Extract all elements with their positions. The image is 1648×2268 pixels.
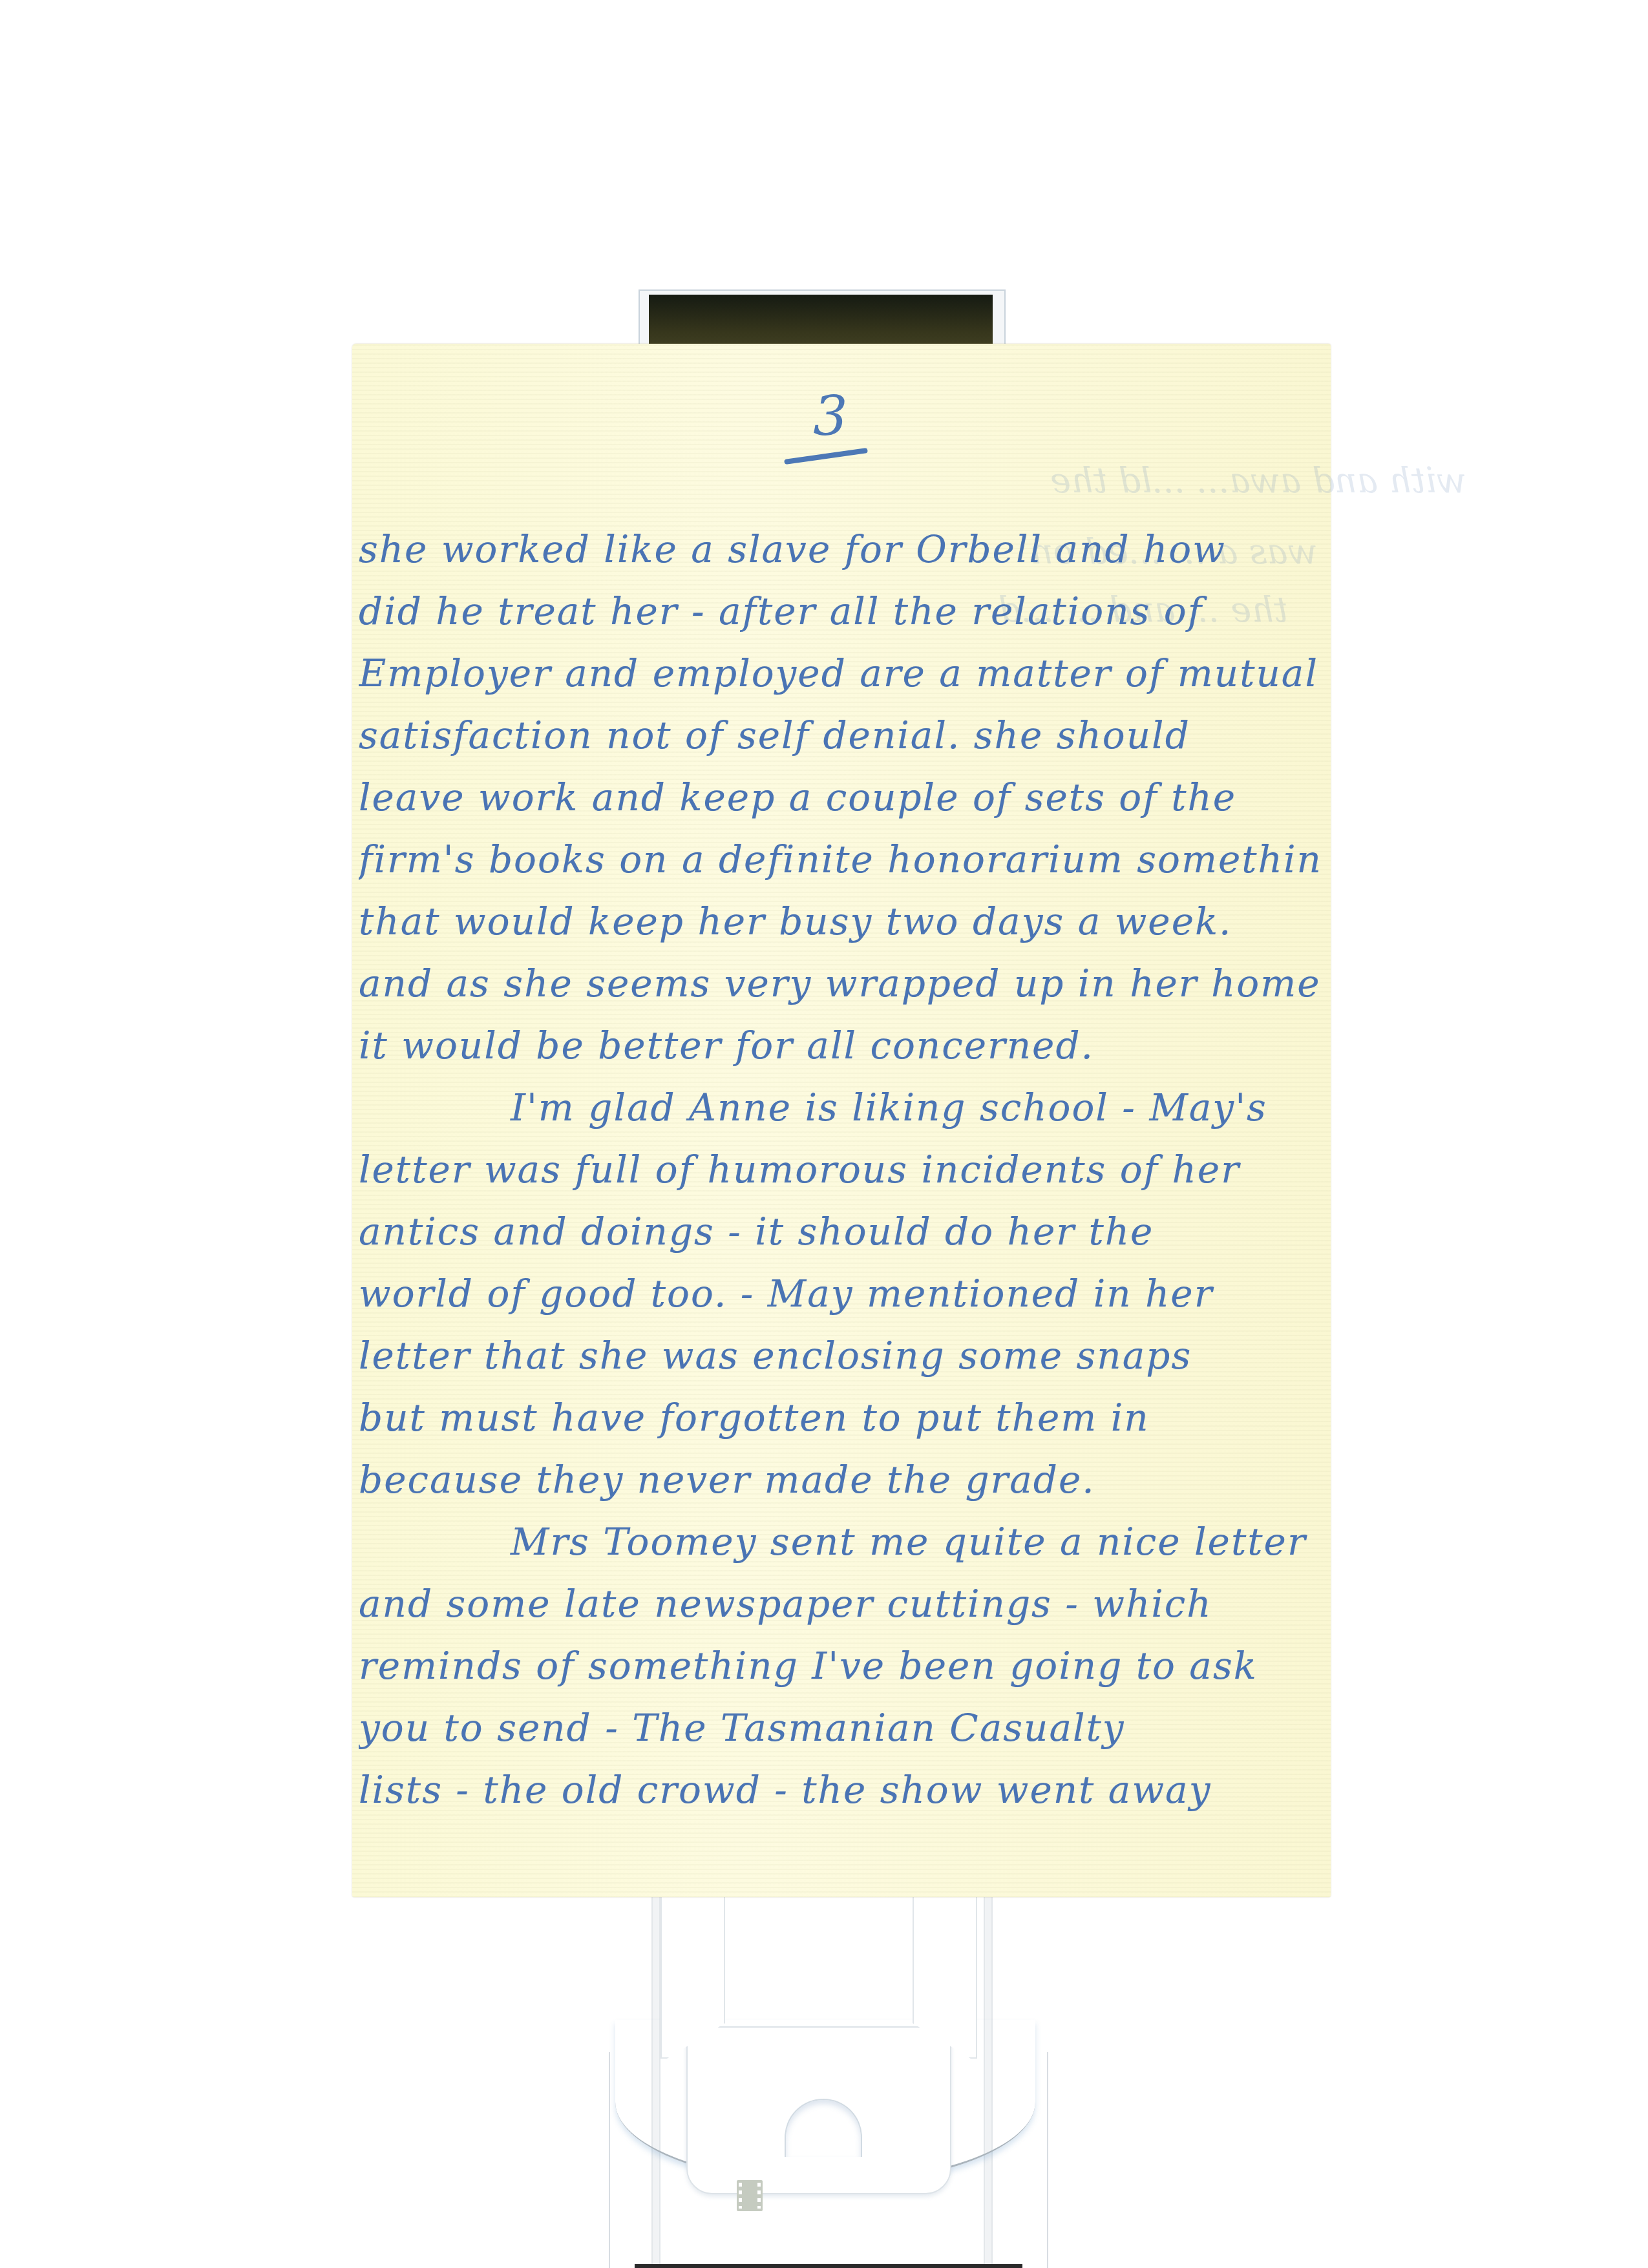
handwritten-line: letter that she was enclosing some snaps	[359, 1325, 1322, 1387]
handwritten-line: I'm glad Anne is liking school - May's	[359, 1076, 1322, 1139]
handwritten-line: because they never made the grade.	[359, 1449, 1322, 1511]
handwritten-line: reminds of something I've been going to …	[359, 1635, 1322, 1697]
handwritten-line: leave work and keep a couple of sets of …	[359, 766, 1322, 828]
handwritten-line: letter was full of humorous incidents of…	[359, 1139, 1322, 1201]
page-number: 3	[792, 389, 869, 443]
handwritten-line: firm's books on a definite honorarium so…	[359, 828, 1322, 890]
handwritten-line: lists - the old crowd - the show went aw…	[359, 1759, 1322, 1821]
holder-clip-notch	[785, 2099, 862, 2157]
film-strip-icon	[737, 2180, 763, 2211]
handwritten-line: Employer and employed are a matter of mu…	[359, 642, 1322, 704]
bleed-through-line: with and awa... ...ld the	[1050, 460, 1466, 501]
handwritten-line: but must have forgotten to put them in	[359, 1387, 1322, 1449]
scanner-holder-bottom	[609, 1897, 1048, 2268]
holder-base	[635, 2264, 1022, 2268]
handwritten-line: that would keep her busy two days a week…	[359, 890, 1322, 952]
holder-slot	[649, 295, 993, 348]
handwritten-line: she worked like a slave for Orbell and h…	[359, 518, 1322, 580]
handwritten-line: satisfaction not of self denial. she sho…	[359, 704, 1322, 766]
handwritten-line: Mrs Toomey sent me quite a nice letter	[359, 1511, 1322, 1573]
handwritten-line: did he treat her - after all the relatio…	[359, 580, 1322, 642]
letter-page: with and awa... ...ld the was a ... ...e…	[352, 344, 1331, 1897]
scanner-holder-top	[639, 289, 1006, 348]
letter-body: she worked like a slave for Orbell and h…	[359, 518, 1322, 1821]
handwritten-line: it would be better for all concerned.	[359, 1014, 1322, 1076]
handwritten-line: you to send - The Tasmanian Casualty	[359, 1697, 1322, 1759]
handwritten-line: antics and doings - it should do her the	[359, 1201, 1322, 1263]
holder-clip[interactable]	[686, 2026, 951, 2194]
handwritten-line: and some late newspaper cuttings - which	[359, 1573, 1322, 1635]
handwritten-line: world of good too. - May mentioned in he…	[359, 1263, 1322, 1325]
handwritten-line: and as she seems very wrapped up in her …	[359, 952, 1322, 1014]
